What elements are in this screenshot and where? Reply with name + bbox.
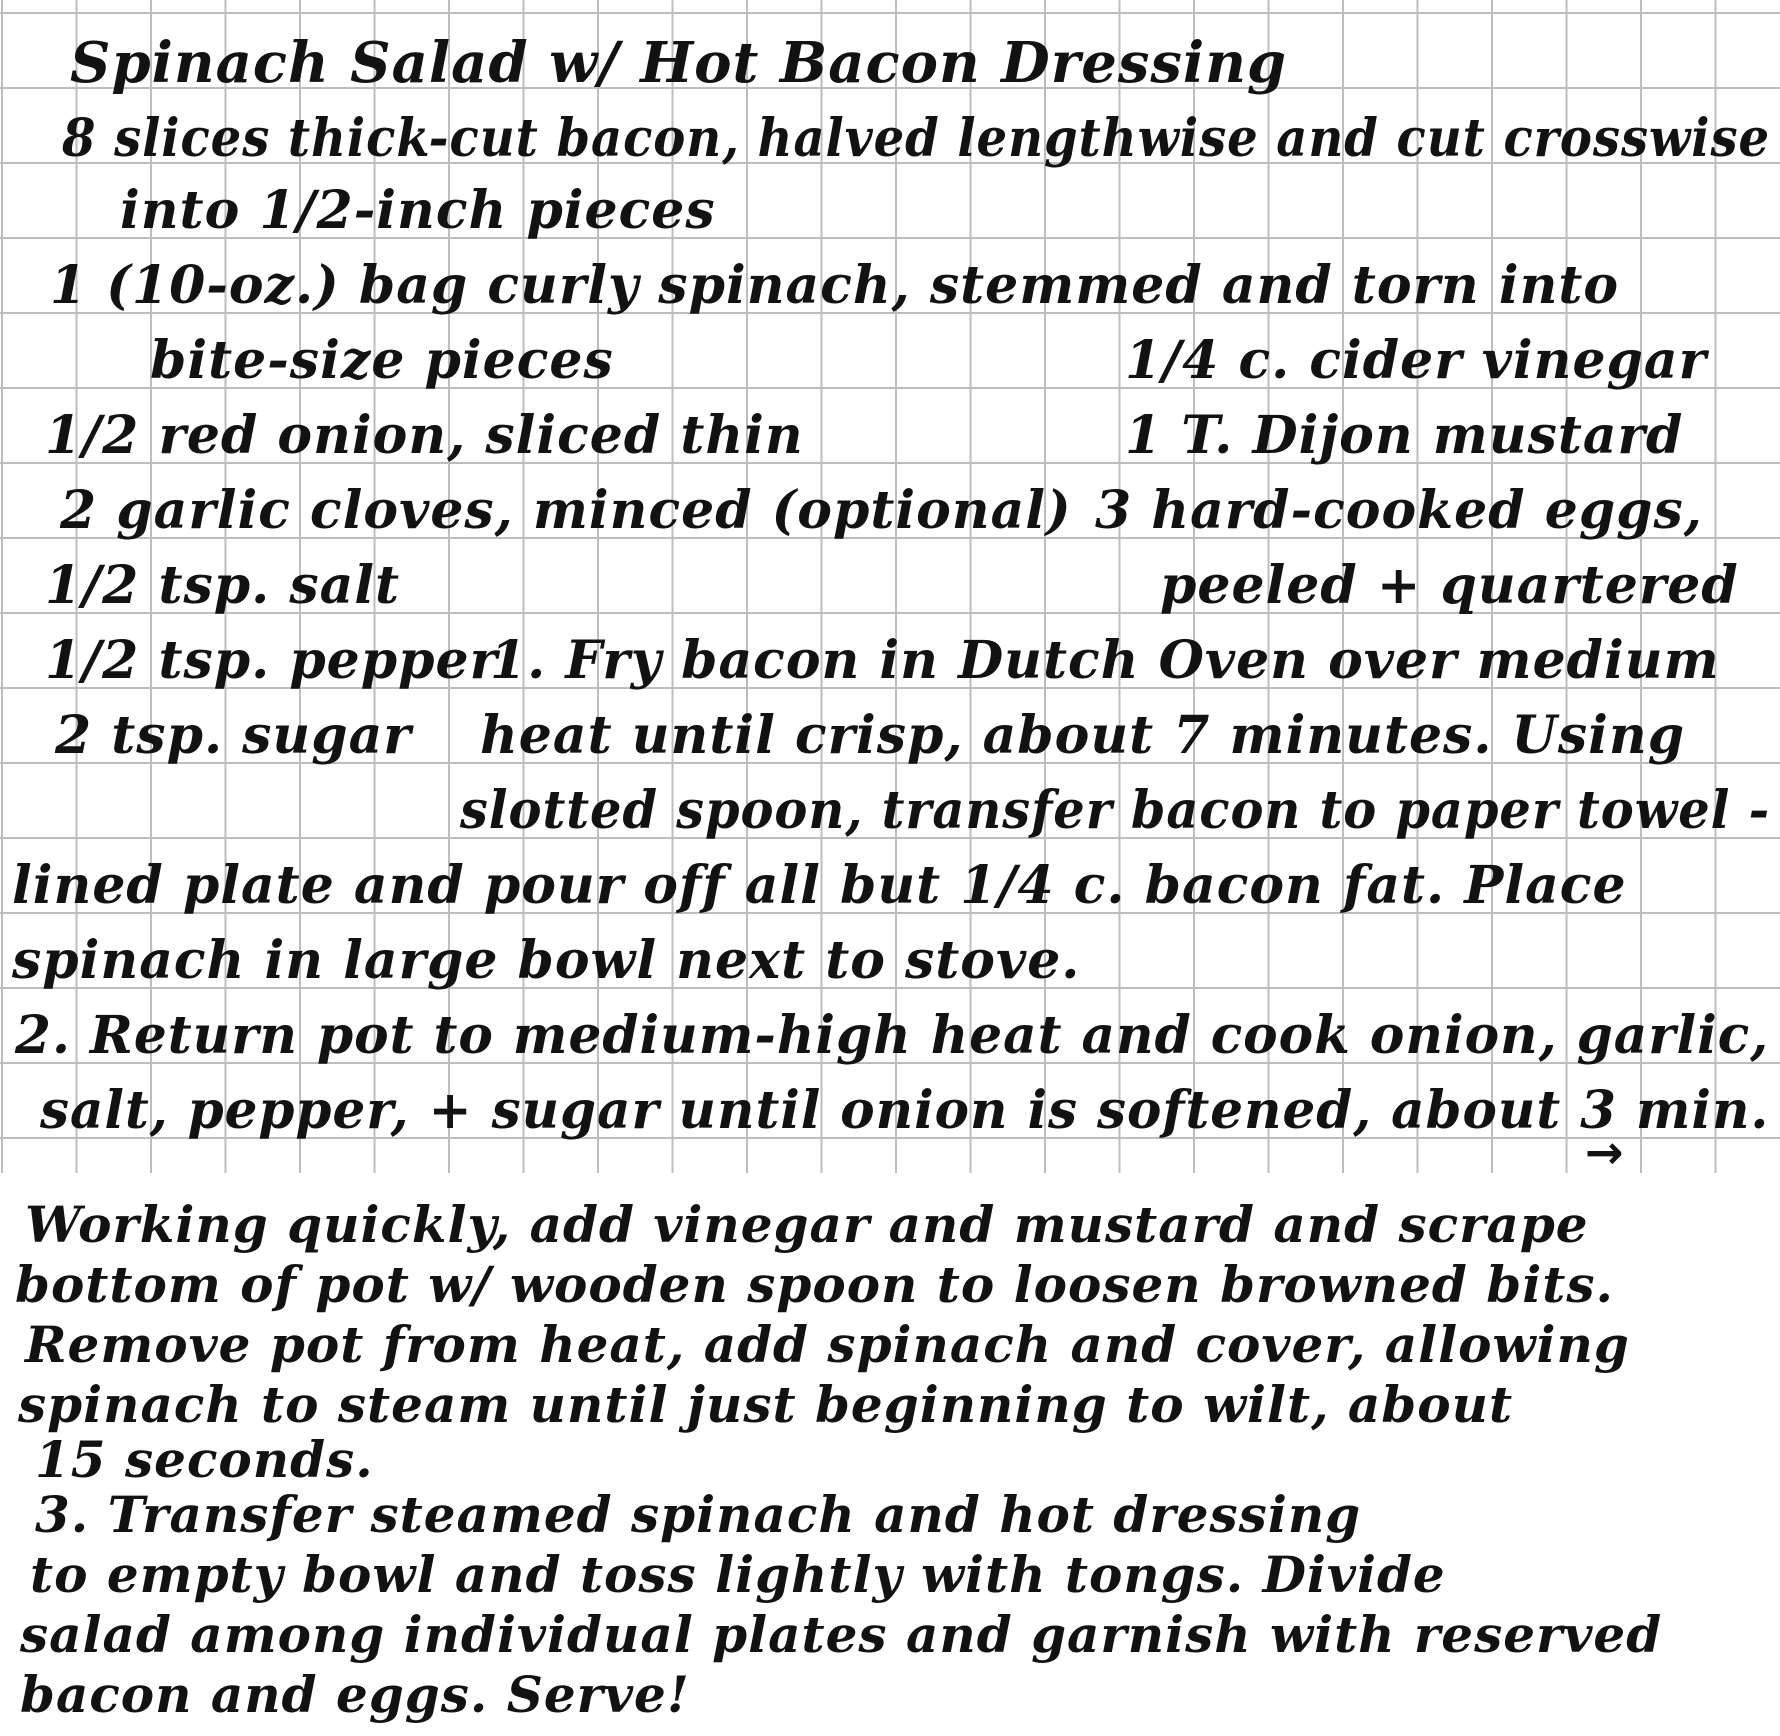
- ingredient-pepper: 1/2 tsp. pepper: [45, 630, 498, 691]
- step3-line3: salad among individual plates and garnis…: [20, 1605, 1662, 1664]
- ingredient-eggs: 3 hard-cooked eggs,: [1095, 480, 1703, 541]
- step1-line5: spinach in large bowl next to stove.: [12, 930, 1080, 991]
- ingredient-mustard: 1 T. Dijon mustard: [1125, 405, 1683, 466]
- continuation-line4: spinach to steam until just beginning to…: [18, 1375, 1513, 1434]
- step1-line3: slotted spoon, transfer bacon to paper t…: [460, 780, 1770, 841]
- step3-line1: 3. Transfer steamed spinach and hot dres…: [35, 1485, 1361, 1544]
- continuation-line3: Remove pot from heat, add spinach and co…: [25, 1315, 1630, 1374]
- continuation-line1: Working quickly, add vinegar and mustard…: [25, 1195, 1589, 1254]
- ingredient-bacon-cont: into 1/2-inch pieces: [120, 180, 716, 241]
- continuation-line5: 15 seconds.: [35, 1430, 374, 1489]
- ingredient-bacon: 8 slices thick-cut bacon, halved lengthw…: [62, 108, 1770, 169]
- recipe-title: Spinach Salad w/ Hot Bacon Dressing: [70, 30, 1287, 96]
- ingredient-sugar: 2 tsp. sugar: [55, 705, 412, 766]
- ingredient-eggs-cont: peeled + quartered: [1160, 555, 1739, 616]
- step2-line2: salt, pepper, + sugar until onion is sof…: [40, 1080, 1769, 1141]
- step1-line4: lined plate and pour off all but 1/4 c. …: [12, 855, 1627, 916]
- step1-line1: 1. Fry bacon in Dutch Oven over medium: [490, 630, 1720, 691]
- ingredient-salt: 1/2 tsp. salt: [45, 555, 400, 616]
- ingredient-garlic: 2 garlic cloves, minced (optional): [60, 480, 1072, 541]
- step2-line1: 2. Return pot to medium-high heat and co…: [15, 1005, 1769, 1066]
- continuation-line2: bottom of pot w/ wooden spoon to loosen …: [15, 1255, 1614, 1314]
- ingredient-onion: 1/2 red onion, sliced thin: [45, 405, 804, 466]
- ingredient-vinegar: 1/4 c. cider vinegar: [1125, 330, 1707, 391]
- step1-line2: heat until crisp, about 7 minutes. Using: [480, 705, 1685, 766]
- continued-arrow-icon: →: [1585, 1125, 1624, 1179]
- ingredient-spinach-cont: bite-size pieces: [150, 330, 614, 391]
- ingredient-spinach: 1 (10-oz.) bag curly spinach, stemmed an…: [50, 255, 1619, 316]
- step3-line2: to empty bowl and toss lightly with tong…: [30, 1545, 1446, 1604]
- step3-line4: bacon and eggs. Serve!: [20, 1665, 690, 1724]
